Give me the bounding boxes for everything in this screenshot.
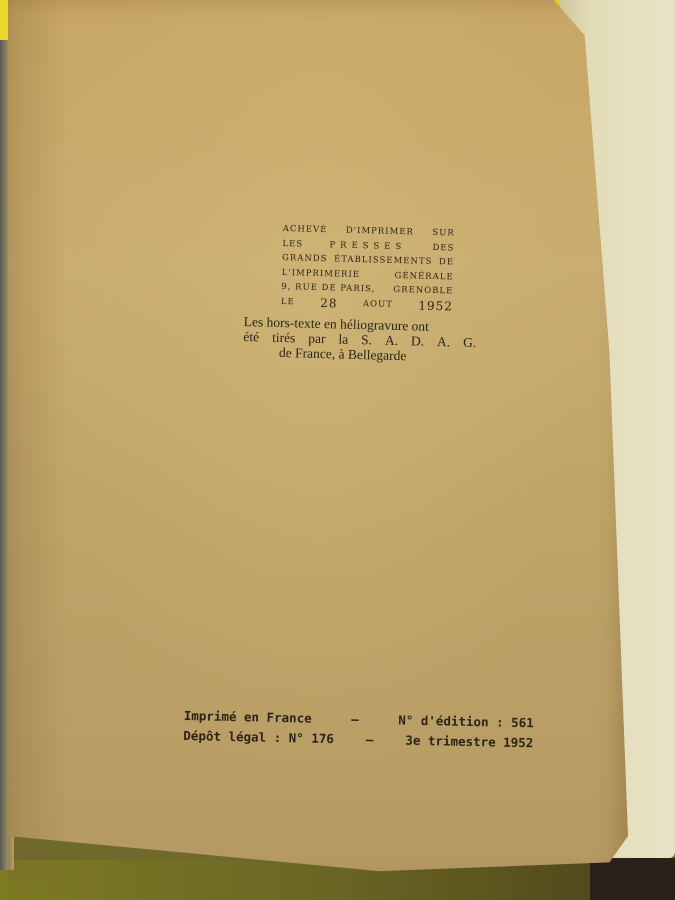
- printed-in: Imprimé en France: [184, 706, 312, 729]
- dash: —: [366, 730, 374, 750]
- page-gutter-shadow: [8, 0, 68, 880]
- shadow: [590, 858, 675, 900]
- colophon-block: ACHEVÉ D'IMPRIMER SUR LES PRESSES DES GR…: [281, 222, 455, 313]
- dash: —: [351, 710, 359, 730]
- edition: N° d'édition : 561: [398, 710, 534, 733]
- legal-notice: Imprimé en France — N° d'édition : 561 D…: [183, 706, 534, 753]
- depot-legal: Dépôt légal : N° 176: [183, 726, 334, 749]
- hors-texte-note: Les hors-texte en héliogravure ont été t…: [243, 314, 484, 365]
- photo-scene: ACHEVÉ D'IMPRIMER SUR LES PRESSES DES GR…: [0, 0, 675, 900]
- quarter: 3e trimestre 1952: [405, 731, 533, 754]
